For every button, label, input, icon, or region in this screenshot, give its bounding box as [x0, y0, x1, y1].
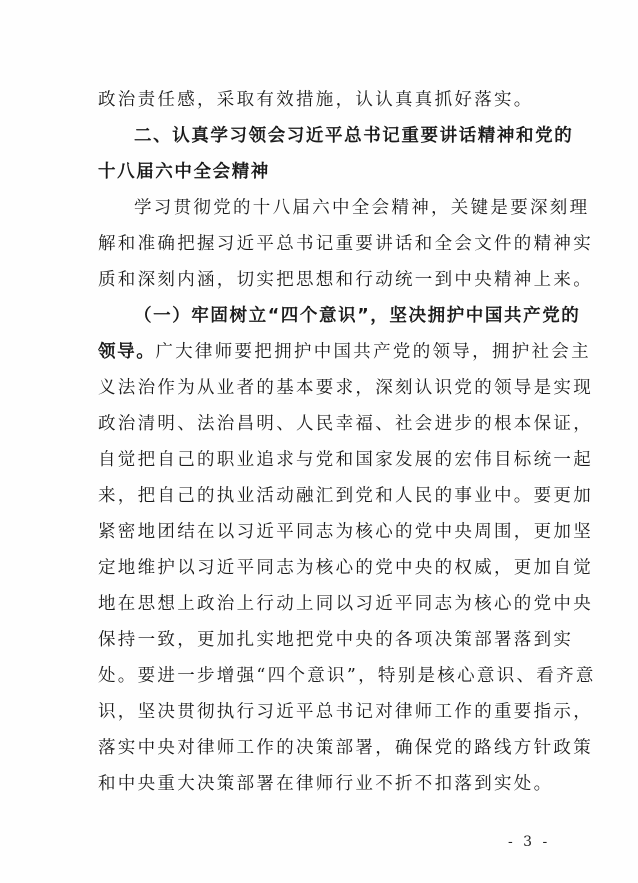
- body-text-line: 政治责任感，采取有效措施，认认真真抓好落实。: [98, 88, 530, 112]
- body-text-line: 来，把自己的执业活动融汇到党和人民的事业中。要更加: [98, 484, 530, 508]
- body-text-line: 识，坚决贯彻执行习近平总书记对律师工作的重要指示，: [98, 700, 530, 724]
- body-text-line: 质和深刻内涵，切实把思想和行动统一到中央精神上来。: [98, 268, 530, 292]
- body-text-line: 学习贯彻党的十八届六中全会精神，关键是要深刻理: [134, 196, 530, 220]
- body-text-line: 自觉把自己的职业追求与党和国家发展的宏伟目标统一起: [98, 448, 530, 472]
- body-text-line: 处。要进一步增强“四个意识”，特别是核心意识、看齐意: [98, 664, 530, 688]
- subsection-heading-line: （一）牢固树立“四个意识”，坚决拥护中国共产党的: [134, 304, 530, 328]
- section-heading-line: 二、认真学习领会习近平总书记重要讲话精神和党的: [134, 124, 530, 148]
- page-number: - 3 -: [508, 834, 550, 850]
- body-text-line: 地在思想上政治上行动上同以习近平同志为核心的党中央: [98, 592, 530, 616]
- section-heading-line: 十八届六中全会精神: [98, 160, 530, 184]
- body-text-line: 保持一致，更加扎实地把党中央的各项决策部署落到实: [98, 628, 530, 652]
- document-page: 政治责任感，采取有效措施，认认真真抓好落实。 二、认真学习领会习近平总书记重要讲…: [0, 0, 638, 883]
- body-text-line: 义法治作为从业者的基本要求，深刻认识党的领导是实现: [98, 376, 530, 400]
- body-text-line: 紧密地团结在以习近平同志为核心的党中央周围，更加坚: [98, 520, 530, 544]
- body-text-span: 广大律师要把拥护中国共产党的领导，拥护社会主: [155, 342, 591, 362]
- body-text-line: 政治清明、法治昌明、人民幸福、社会进步的根本保证，: [98, 412, 530, 436]
- body-text-line: 和中央重大决策部署在律师行业不折不扣落到实处。: [98, 772, 530, 796]
- body-text-line: 定地维护以习近平同志为核心的党中央的权威，更加自觉: [98, 556, 530, 580]
- subsection-heading-tail: 领导。: [98, 342, 155, 362]
- body-text-line: 领导。广大律师要把拥护中国共产党的领导，拥护社会主: [98, 340, 530, 364]
- body-text-line: 落实中央对律师工作的决策部署，确保党的路线方针政策: [98, 736, 530, 760]
- body-text-line: 解和准确把握习近平总书记重要讲话和全会文件的精神实: [98, 232, 530, 256]
